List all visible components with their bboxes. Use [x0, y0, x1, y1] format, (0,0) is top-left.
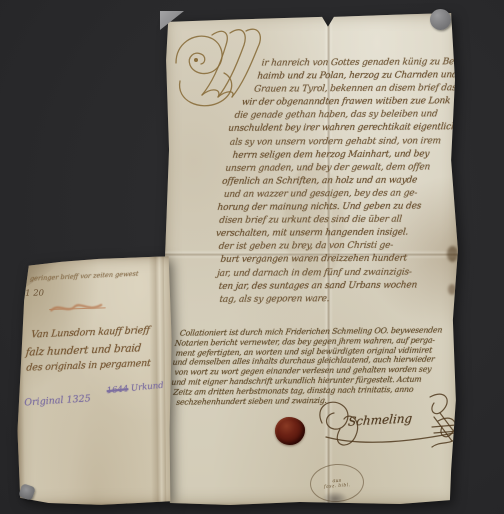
corner-mount-top-right [430, 9, 451, 30]
handwritten-line: als sy von unsern vordern gehabt sind, v… [229, 135, 464, 150]
handwritten-line: die genade gethan haben, das sy beleiben… [234, 108, 467, 123]
note-paper: geringer brieff vor zeiten gewest 1 20 V… [15, 256, 175, 506]
wax-seal [275, 417, 305, 445]
red-scribble-icon [49, 299, 109, 318]
pencil-original-year: Original 1325 [24, 393, 91, 408]
signature-block: Schmeling [314, 389, 460, 461]
pencil-annotation: Original 1325 1644 Urkund [24, 389, 166, 409]
handwritten-line: Grauen zu Tyrol, bekennen an disem brief… [253, 82, 469, 97]
charter-sheet: ir hanreich von Gottes genaden künig zu … [164, 13, 460, 505]
stamp-text: fasz. bibl. [324, 483, 351, 490]
pencil-crossed-out: 1644 Urkund [106, 381, 164, 397]
handwritten-line: unsern gnaden, und bey der gewalt, dem o… [225, 161, 462, 176]
handwritten-line: der ist geben zu brey, da von Christi ge… [218, 240, 454, 255]
archive-number: 1 20 [25, 289, 44, 299]
handwritten-line: ir hanreich von Gottes genaden künig zu … [261, 56, 472, 71]
photo-background: { "scene": { "background_color": "#29292… [0, 0, 504, 514]
handwritten-line: jar, und darnach in dem fünf und zwainzi… [216, 266, 451, 281]
note-inscription: Van Lunsdorn kauff briefffalz hundert un… [24, 322, 166, 377]
charter-body-text: ir hanreich von Gottes genaden künig zu … [208, 56, 472, 307]
ink-smudge [322, 491, 348, 507]
handwritten-line: und an wazzer und gesaigen, bey des an g… [223, 187, 459, 202]
charter-paper: ir hanreich von Gottes genaden künig zu … [164, 13, 460, 505]
handwritten-line: tag, als sy geporen ware. [219, 292, 449, 307]
archival-note-sheet: geringer brieff vor zeiten gewest 1 20 V… [16, 257, 173, 505]
handwritten-line: disen brief zu urkunt des sind die über … [219, 213, 457, 228]
pencil-strikethrough: 1644 [106, 384, 129, 396]
note-left-edge-shading [15, 258, 26, 506]
pencil-suffix: Urkund [130, 381, 164, 394]
